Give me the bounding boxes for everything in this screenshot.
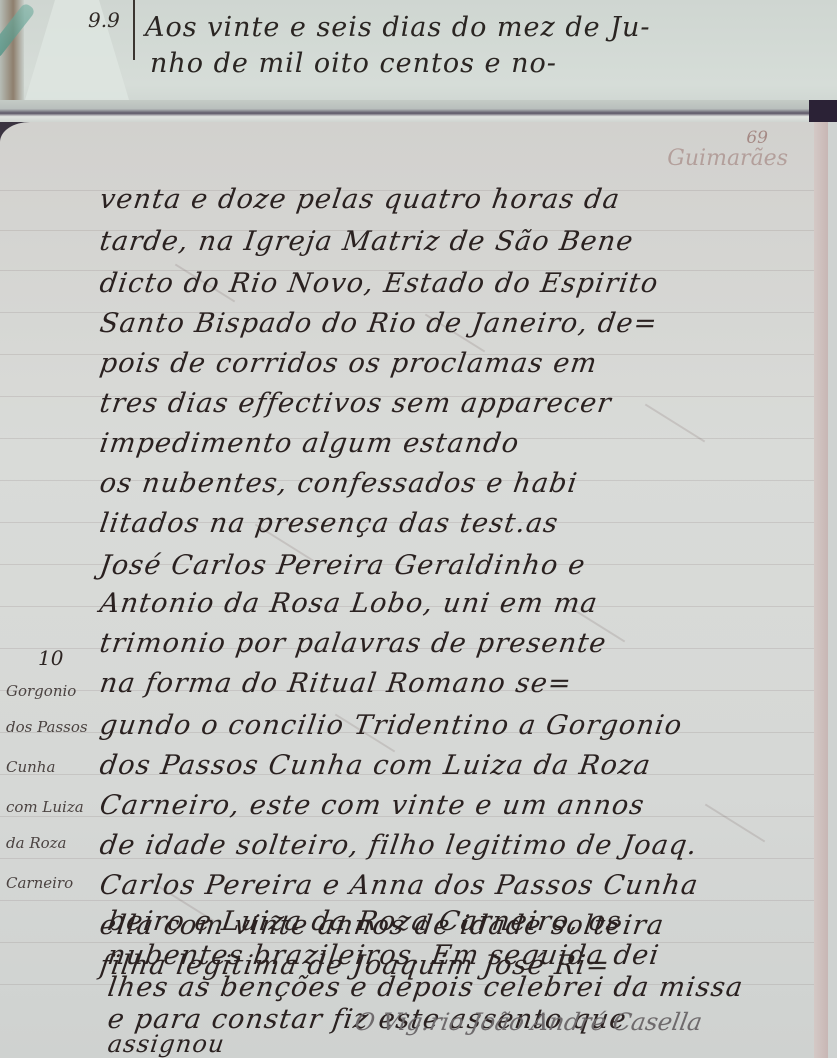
record-line: gundo o concilio Tridentino a Gorgonio bbox=[98, 710, 685, 741]
record-line: Carneiro, este com vinte e um annos bbox=[98, 790, 647, 821]
record-line: na forma do Ritual Romano se= bbox=[98, 668, 574, 699]
previous-page-line-2: nho de mil oito centos e no- bbox=[150, 48, 557, 79]
record-line-closing: assignou bbox=[106, 1030, 227, 1058]
ink-bleed-through bbox=[705, 804, 765, 843]
margin-note-line: Cunha bbox=[6, 758, 55, 776]
record-line: impedimento algum estando bbox=[98, 428, 522, 459]
record-line: nubentes brazileiros. Em seguida dei bbox=[106, 940, 662, 971]
record-line: Antonio da Rosa Lobo, uni em ma bbox=[98, 588, 600, 619]
record-line: os nubentes, confessados e habi bbox=[98, 468, 580, 499]
ink-bleed-through bbox=[645, 404, 705, 443]
previous-page-strip: 9.9 Aos vinte e seis dias do mez de Ju- … bbox=[0, 0, 837, 122]
record-line: beiro e Luiza da Roza Carneiro, os bbox=[106, 906, 624, 937]
record-line: trimonio por palavras de presente bbox=[98, 628, 609, 659]
record-line: tarde, na Igreja Matriz de São Bene bbox=[98, 226, 636, 257]
margin-note-line: Carneiro bbox=[6, 874, 73, 892]
record-line: Carlos Pereira e Anna dos Passos Cunha bbox=[98, 870, 701, 901]
record-line: de idade solteiro, filho legitimo de Joa… bbox=[98, 830, 700, 861]
page-edge bbox=[0, 100, 837, 122]
record-line: dicto do Rio Novo, Estado do Espirito bbox=[98, 268, 661, 299]
record-line: pois de corridos os proclamas em bbox=[98, 348, 600, 379]
record-line: venta e doze pelas quatro horas da bbox=[98, 184, 622, 215]
margin-note-line: Gorgonio bbox=[6, 682, 76, 700]
margin-rule bbox=[133, 0, 135, 60]
background-corner bbox=[809, 100, 837, 122]
record-line: litados na presença das test.as bbox=[98, 508, 561, 539]
record-line: Santo Bispado do Rio de Janeiro, de= bbox=[98, 308, 660, 339]
margin-note-line: dos Passos bbox=[6, 718, 88, 736]
margin-note-line: da Roza bbox=[6, 834, 66, 852]
folio-number: 69 bbox=[746, 128, 768, 148]
margin-note-line: com Luiza bbox=[6, 798, 84, 816]
archive-stamp: Guimarães bbox=[667, 146, 788, 171]
priest-signature: O Vig.rio João André Casella bbox=[353, 1008, 705, 1036]
page-right-gap bbox=[828, 122, 837, 1058]
previous-entry-number: 9.9 bbox=[88, 8, 120, 32]
record-line: José Carlos Pereira Geraldinho e bbox=[98, 550, 588, 581]
previous-page-line-1: Aos vinte e seis dias do mez de Ju- bbox=[145, 12, 651, 43]
record-line: dos Passos Cunha com Luiza da Roza bbox=[98, 750, 653, 781]
record-line: tres dias effectivos sem apparecer bbox=[98, 388, 614, 419]
margin-entry-number: 10 bbox=[38, 646, 63, 670]
record-line: lhes as benções e depois celebrei da mis… bbox=[106, 972, 746, 1003]
